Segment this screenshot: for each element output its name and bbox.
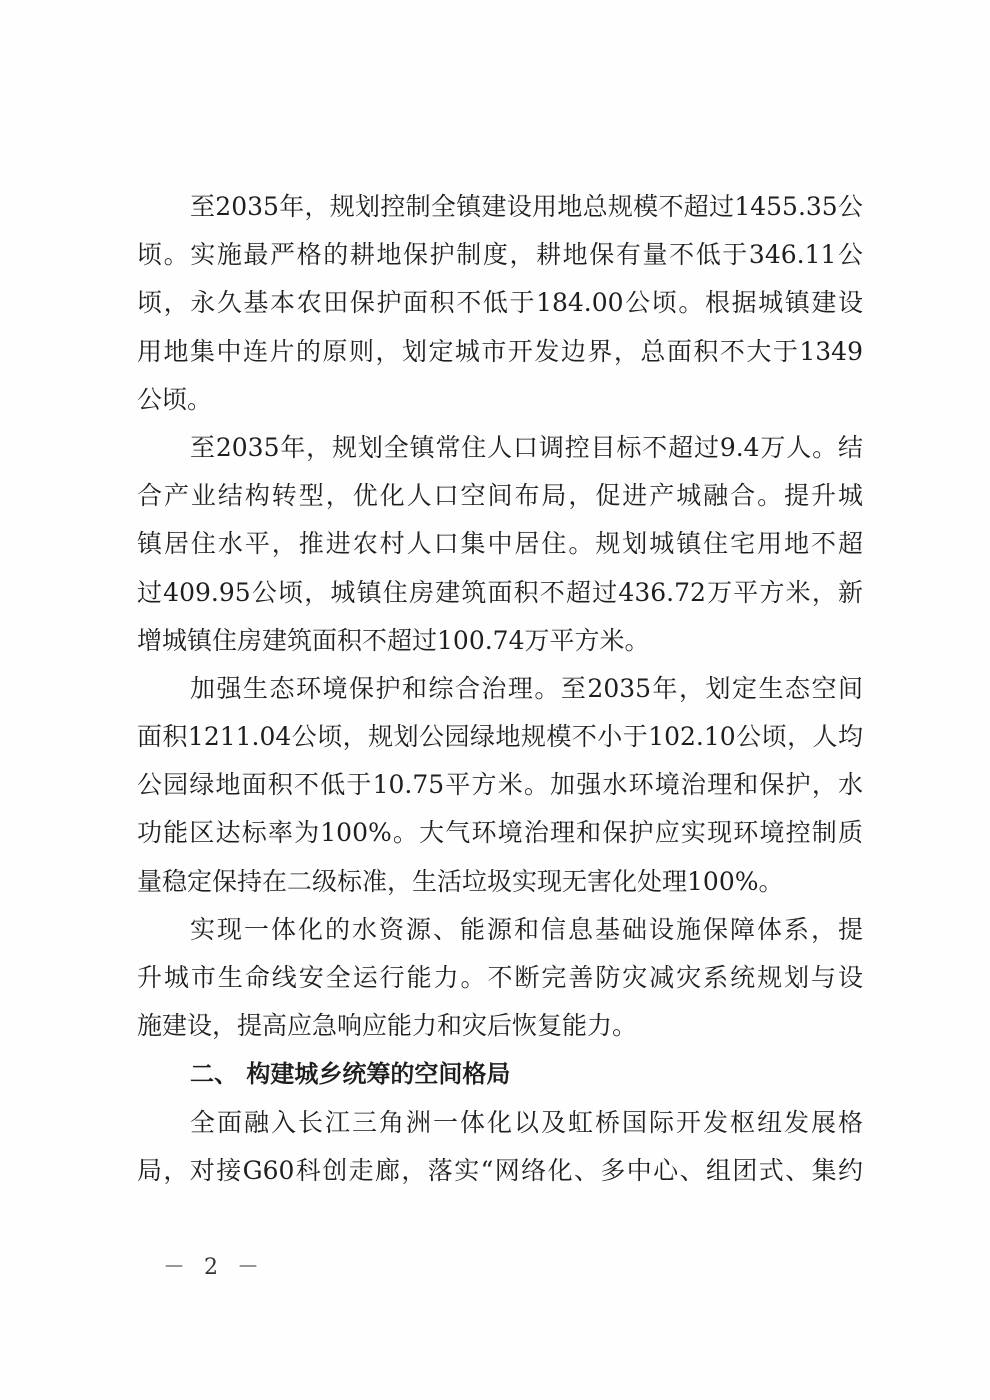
text-line: 公园绿地面积不低于10.75平方米。加强水环境治理和保护，水 xyxy=(137,761,863,809)
text-line: 量稳定保持在二级标准，生活垃圾实现无害化处理100%。 xyxy=(137,858,863,906)
text-line: 施建设，提高应急响应能力和灾后恢复能力。 xyxy=(137,1002,863,1050)
paragraph-infrastructure: 实现一体化的水资源、能源和信息基础设施保障体系，提 升城市生命线安全运行能力。不… xyxy=(137,906,863,1051)
text-line: 增城镇住房建筑面积不超过100.74万平方米。 xyxy=(137,617,863,665)
paragraph-spatial-pattern: 全面融入长江三角洲一体化以及虹桥国际开发枢纽发展格 局，对接G60科创走廊，落实… xyxy=(137,1099,863,1195)
text-line: 至2035年，规划控制全镇建设用地总规模不超过1455.35公 xyxy=(137,183,863,231)
text-line: 功能区达标率为100%。大气环境治理和保护应实现环境控制质 xyxy=(137,809,863,857)
text-line: 顷，永久基本农田保护面积不低于184.00公顷。根据城镇建设 xyxy=(137,279,863,327)
text-line: 加强生态环境保护和综合治理。至2035年，划定生态空间 xyxy=(137,665,863,713)
paragraph-ecology: 加强生态环境保护和综合治理。至2035年，划定生态空间 面积1211.04公顷，… xyxy=(137,665,863,906)
page-number: － 2 － xyxy=(163,1250,265,1281)
text-line: 顷。实施最严格的耕地保护制度，耕地保有量不低于346.11公 xyxy=(137,231,863,279)
text-line: 至2035年，规划全镇常住人口调控目标不超过9.4万人。结 xyxy=(137,424,863,472)
text-line: 面积1211.04公顷，规划公园绿地规模不小于102.10公顷，人均 xyxy=(137,713,863,761)
paragraph-population: 至2035年，规划全镇常住人口调控目标不超过9.4万人。结 合产业结构转型，优化… xyxy=(137,424,863,665)
text-line: 公顷。 xyxy=(137,376,863,424)
text-line: 升城市生命线安全运行能力。不断完善防灾减灾系统规划与设 xyxy=(137,954,863,1002)
text-line: 全面融入长江三角洲一体化以及虹桥国际开发枢纽发展格 xyxy=(137,1099,863,1147)
text-line: 过409.95公顷，城镇住房建筑面积不超过436.72万平方米，新 xyxy=(137,569,863,617)
document-body: 至2035年，规划控制全镇建设用地总规模不超过1455.35公 顷。实施最严格的… xyxy=(137,183,863,1195)
text-line: 用地集中连片的原则，划定城市开发边界，总面积不大于1349 xyxy=(137,328,863,376)
section-title: 二、 构建城乡统筹的空间格局 xyxy=(137,1050,863,1098)
text-line: 合产业结构转型，优化人口空间布局，促进产城融合。提升城 xyxy=(137,472,863,520)
paragraph-land-use: 至2035年，规划控制全镇建设用地总规模不超过1455.35公 顷。实施最严格的… xyxy=(137,183,863,424)
document-page: 至2035年，规划控制全镇建设用地总规模不超过1455.35公 顷。实施最严格的… xyxy=(0,0,990,1400)
text-line: 实现一体化的水资源、能源和信息基础设施保障体系，提 xyxy=(137,906,863,954)
text-line: 局，对接G60科创走廊，落实“网络化、多中心、组团式、集约 xyxy=(137,1147,863,1195)
text-line: 镇居住水平，推进农村人口集中居住。规划城镇住宅用地不超 xyxy=(137,520,863,568)
section-heading: 二、 构建城乡统筹的空间格局 xyxy=(137,1050,863,1098)
